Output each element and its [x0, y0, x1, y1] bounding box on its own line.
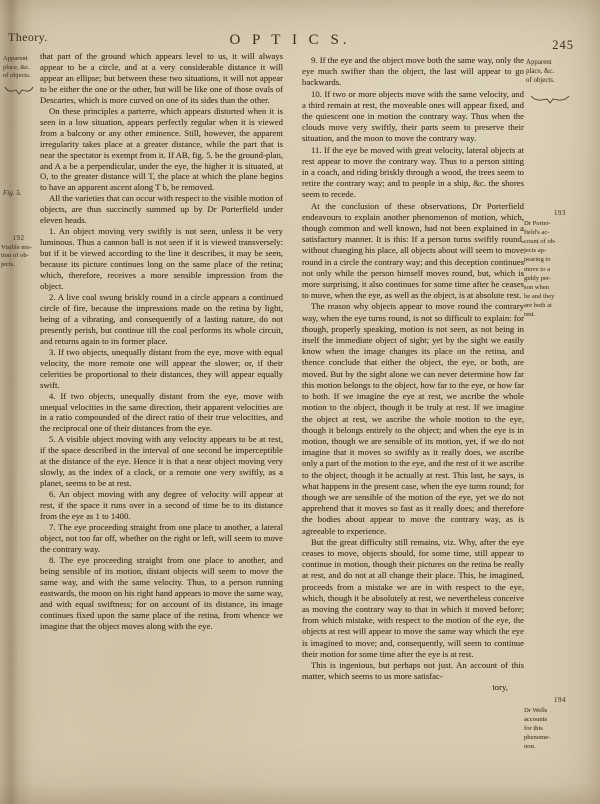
- brace-flourish-icon: [530, 94, 570, 105]
- paragraph: But the great difficulty still remains, …: [302, 537, 524, 660]
- page-title: O P T I C S.: [120, 32, 460, 49]
- catchword: tory,: [302, 682, 524, 693]
- paragraph: 7. The eye proceeding straight from one …: [40, 522, 283, 555]
- margin-note-fig5: Fig. 5.: [3, 189, 37, 198]
- paragraph: 5. A visible object moving with any velo…: [40, 434, 283, 489]
- margin-note-label: Apparent place, &c. of objects.: [3, 55, 37, 81]
- paragraph: that part of the ground which appears le…: [40, 51, 283, 106]
- paragraph: 11. If the eye be moved with great veloc…: [302, 145, 524, 201]
- margin-note-apparent-place-left: Apparent place, &c. of objects.: [3, 55, 37, 81]
- margin-note-label: Dr Wells accounts for this phenome- non.: [524, 706, 596, 751]
- margin-note-label: Fig. 5.: [3, 189, 37, 198]
- scanned-book-page: Theory. O P T I C S. 245 Apparent place,…: [0, 0, 600, 804]
- margin-note-label: Apparent place, &c. of objects.: [526, 58, 596, 85]
- paragraph: 9. If the eye and the object move both t…: [302, 55, 524, 89]
- text-column-left: that part of the ground which appears le…: [40, 51, 283, 632]
- margin-note-visible-motion: 192 Visible mo- tion of ob- jects.: [1, 234, 36, 269]
- page-number: 245: [552, 38, 574, 53]
- margin-note-label: Dr Porter- field's ac- count of ob- ject…: [524, 219, 596, 319]
- margin-note-wells-account: 194 Dr Wells accounts for this phenome- …: [524, 696, 596, 752]
- paragraph: The reason why objects appear to move ro…: [302, 301, 524, 536]
- paragraph: All the varieties that can occur with re…: [40, 193, 283, 226]
- paragraph: This is ingenious, but perhaps not just.…: [302, 660, 524, 682]
- margin-note-porterfield-account: 193 Dr Porter- field's ac- count of ob- …: [524, 209, 596, 319]
- margin-note-number: 194: [524, 696, 596, 705]
- margin-note-apparent-place-right: Apparent place, &c. of objects.: [526, 58, 596, 85]
- paragraph: 3. If two objects, unequally distant fro…: [40, 347, 283, 391]
- paragraph: 1. An object moving very swiftly is not …: [40, 226, 283, 292]
- margin-note-label: Visible mo- tion of ob- jects.: [1, 244, 36, 270]
- paragraph: 2. A live coal swung briskly round in a …: [40, 292, 283, 347]
- margin-note-number: 193: [524, 209, 596, 218]
- paragraph: 6. An object moving with any degree of v…: [40, 489, 283, 522]
- paragraph: On these principles a parterre, which ap…: [40, 106, 283, 194]
- paragraph: 4. If two objects, unequally distant fro…: [40, 391, 283, 435]
- running-title: Theory.: [8, 30, 48, 45]
- paragraph: 8. The eye proceeding straight from one …: [40, 555, 283, 632]
- text-column-right: 9. If the eye and the object move both t…: [302, 55, 524, 694]
- brace-flourish-icon: [4, 85, 34, 96]
- paragraph: At the conclusion of these observations,…: [302, 201, 524, 302]
- margin-note-number: 192: [1, 234, 36, 243]
- paragraph: 10. If two or more objects move with the…: [302, 89, 524, 145]
